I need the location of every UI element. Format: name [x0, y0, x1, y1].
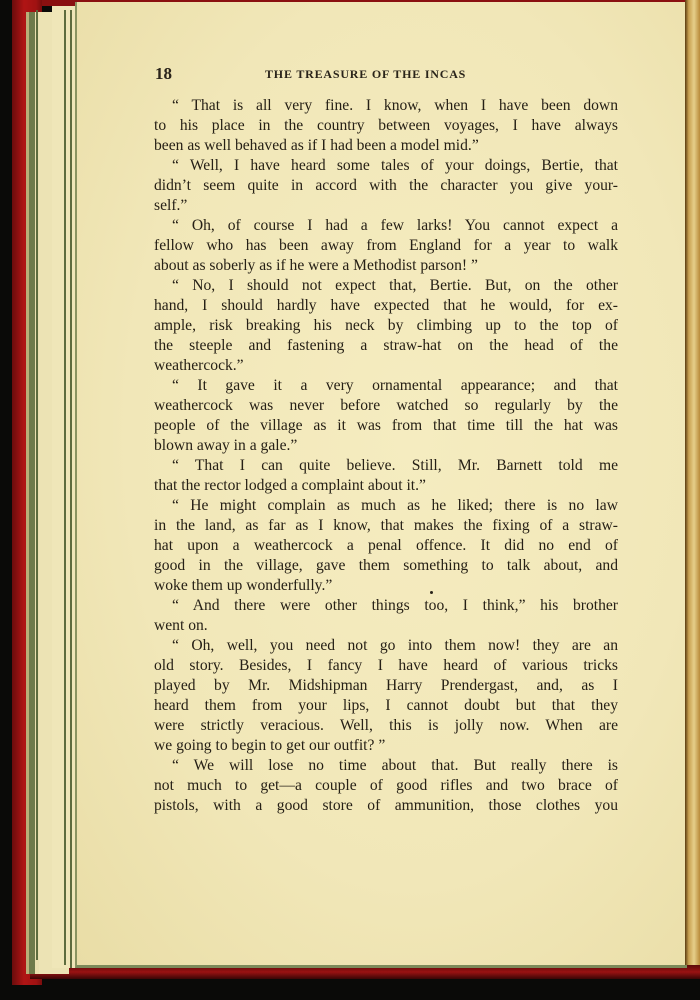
- text-line: pistols, with a good store of ammunition…: [154, 796, 618, 816]
- text-line: ample, risk breaking his neck by climbin…: [154, 316, 618, 336]
- page-header: 18 THE TREASURE OF THE INCAS: [155, 64, 617, 86]
- text-line: “ And there were other things too, I thi…: [154, 596, 618, 616]
- text-line: heard them from your lips, I cannot doub…: [154, 696, 618, 716]
- page-edge-line: [36, 10, 38, 960]
- text-line: “ He might complain as much as he liked;…: [154, 496, 618, 516]
- text-line: blown away in a gale.”: [154, 436, 618, 456]
- text-line: “ Well, I have heard some tales of your …: [154, 156, 618, 176]
- text-line: were strictly veracious. Well, this is j…: [154, 716, 618, 736]
- text-line: played by Mr. Midshipman Harry Prenderga…: [154, 676, 618, 696]
- text-line: self.”: [154, 196, 618, 216]
- text-line: about as soberly as if he were a Methodi…: [154, 256, 618, 276]
- text-line: woke them up wonderfully.”: [154, 576, 618, 596]
- text-line: didn’t seem quite in accord with the cha…: [154, 176, 618, 196]
- text-line: “ We will lose no time about that. But r…: [154, 756, 618, 776]
- text-line: that the rector lodged a complaint about…: [154, 476, 618, 496]
- text-line: “ It gave it a very ornamental appearanc…: [154, 376, 618, 396]
- text-line: been as well behaved as if I had been a …: [154, 136, 618, 156]
- page-number: 18: [155, 64, 172, 84]
- text-line: weathercock was never before watched so …: [154, 396, 618, 416]
- text-line: not much to get—a couple of good rifles …: [154, 776, 618, 796]
- body-text: “ That is all very fine. I know, when I …: [154, 96, 618, 816]
- text-line: hat upon a weathercock a penal offence. …: [154, 536, 618, 556]
- text-line: people of the village as it was from tha…: [154, 416, 618, 436]
- text-line: good in the village, gave them something…: [154, 556, 618, 576]
- print-speck: [430, 591, 433, 594]
- text-line: went on.: [154, 616, 618, 636]
- text-line: “ That is all very fine. I know, when I …: [154, 96, 618, 116]
- text-line: old story. Besides, I fancy I have heard…: [154, 656, 618, 676]
- text-line: hand, I should hardly have expected that…: [154, 296, 618, 316]
- text-line: in the land, as far as I know, that make…: [154, 516, 618, 536]
- text-line: “ No, I should not expect that, Bertie. …: [154, 276, 618, 296]
- text-line: weathercock.”: [154, 356, 618, 376]
- text-line: the steeple and fastening a straw-hat on…: [154, 336, 618, 356]
- text-line: to his place in the country between voya…: [154, 116, 618, 136]
- text-line: “ Oh, well, you need not go into them no…: [154, 636, 618, 656]
- text-line: “ That I can quite believe. Still, Mr. B…: [154, 456, 618, 476]
- running-title: THE TREASURE OF THE INCAS: [265, 67, 466, 82]
- text-line: fellow who has been away from England fo…: [154, 236, 618, 256]
- page-edge-line: [70, 10, 72, 968]
- page-edge-right: [685, 0, 700, 965]
- text-line: we going to begin to get our outfit? ”: [154, 736, 618, 756]
- page-edge-line: [64, 10, 66, 965]
- book-photo: 18 THE TREASURE OF THE INCAS “ That is a…: [0, 0, 700, 1000]
- text-line: “ Oh, of course I had a few larks! You c…: [154, 216, 618, 236]
